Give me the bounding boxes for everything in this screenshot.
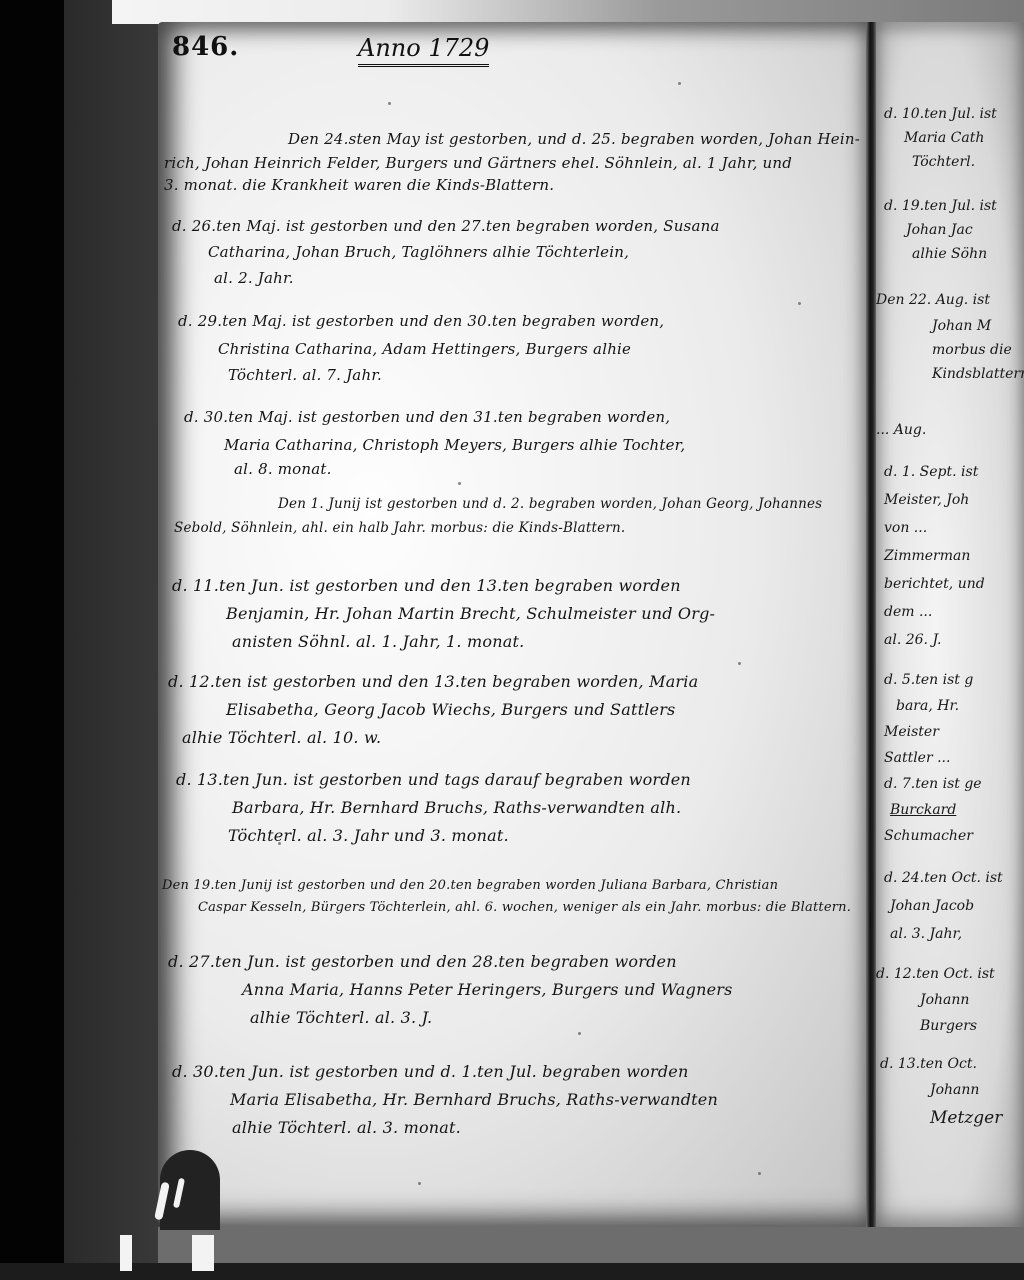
adjacent-line: Burgers bbox=[920, 1018, 977, 1034]
entry-line: d. 27.ten Jun. ist gestorben und den 28.… bbox=[168, 952, 677, 971]
adjacent-line: d. 10.ten Jul. ist bbox=[884, 106, 997, 122]
paper-speck bbox=[678, 82, 681, 85]
entry-line: al. 8. monat. bbox=[234, 460, 332, 478]
page-title: Anno 1729 bbox=[358, 34, 489, 62]
adjacent-line: Meister, Joh bbox=[884, 492, 969, 508]
paper-speck bbox=[758, 1172, 761, 1175]
entry-line: rich, Johan Heinrich Felder, Burgers und… bbox=[164, 154, 792, 172]
adjacent-line: Töchterl. bbox=[912, 154, 975, 170]
entry-line: Christina Catharina, Adam Hettingers, Bu… bbox=[218, 340, 631, 358]
year-heading: Anno 1729 bbox=[358, 34, 489, 67]
entry-line: d. 11.ten Jun. ist gestorben und den 13.… bbox=[172, 576, 681, 595]
adjacent-line: d. 5.ten ist g bbox=[884, 672, 973, 688]
adjacent-line: d. 7.ten ist ge bbox=[884, 776, 982, 792]
adjacent-line: berichtet, und bbox=[884, 576, 985, 592]
adjacent-line: al. 26. J. bbox=[884, 632, 941, 648]
adjacent-line: Johan Jacob bbox=[890, 898, 974, 914]
film-top-strip bbox=[112, 0, 1024, 24]
adjacent-line: Johann bbox=[930, 1082, 979, 1098]
entry-line: d. 30.ten Jun. ist gestorben und d. 1.te… bbox=[172, 1062, 688, 1081]
film-mark bbox=[192, 1235, 214, 1271]
adjacent-line: Metzger bbox=[930, 1108, 1002, 1128]
adjacent-line: Burckard bbox=[890, 802, 956, 818]
film-bottom-band bbox=[158, 1227, 1024, 1263]
entry-line: Anna Maria, Hanns Peter Heringers, Burge… bbox=[242, 980, 733, 999]
film-border-shadow bbox=[64, 0, 164, 1280]
entry-line: anisten Söhnl. al. 1. Jahr, 1. monat. bbox=[232, 632, 524, 651]
page-number: 846. bbox=[172, 32, 239, 62]
entry-line: Töchterl. al. 7. Jahr. bbox=[228, 366, 382, 384]
paper-speck bbox=[798, 302, 801, 305]
entry-line: Sebold, Söhnlein, ahl. ein halb Jahr. mo… bbox=[174, 520, 625, 536]
paper-speck bbox=[388, 102, 391, 105]
entry-line: d. 30.ten Maj. ist gestorben und den 31.… bbox=[184, 408, 670, 426]
adjacent-line: bara, Hr. bbox=[896, 698, 959, 714]
entry-line: Barbara, Hr. Bernhard Bruchs, Raths-verw… bbox=[232, 798, 681, 817]
entry-line: Den 24.sten May ist gestorben, und d. 25… bbox=[288, 130, 860, 148]
adjacent-line: Zimmerman bbox=[884, 548, 970, 564]
adjacent-line: Schumacher bbox=[884, 828, 973, 844]
register-page-adjacent: d. 10.ten Jul. ist Maria Cath Töchterl. … bbox=[876, 22, 1024, 1234]
adjacent-line: al. 3. Jahr, bbox=[890, 926, 962, 942]
adjacent-line: von ... bbox=[884, 520, 927, 536]
paper-speck bbox=[278, 842, 281, 845]
entry-line: Den 1. Junij ist gestorben und d. 2. beg… bbox=[278, 496, 822, 512]
entry-line: 3. monat. die Krankheit waren die Kinds-… bbox=[164, 176, 554, 194]
page-corner-shadow bbox=[160, 1150, 220, 1230]
adjacent-line: Maria Cath bbox=[904, 130, 984, 146]
entry-line: Töchterl. al. 3. Jahr und 3. monat. bbox=[228, 826, 509, 845]
entry-line: Benjamin, Hr. Johan Martin Brecht, Schul… bbox=[226, 604, 715, 623]
paper-speck bbox=[578, 1032, 581, 1035]
adjacent-line: Johan Jac bbox=[906, 222, 973, 238]
adjacent-line: Sattler ... bbox=[884, 750, 950, 766]
entry-line: alhie Töchterl. al. 3. J. bbox=[250, 1008, 432, 1027]
book-gutter bbox=[866, 22, 876, 1232]
adjacent-line: Meister bbox=[884, 724, 939, 740]
adjacent-line: d. 12.ten Oct. ist bbox=[876, 966, 995, 982]
paper-speck bbox=[738, 662, 741, 665]
film-border-left bbox=[0, 0, 64, 1280]
register-page-main: 846. Anno 1729 Den 24.sten May ist gesto… bbox=[158, 22, 866, 1227]
adjacent-line: dem ... bbox=[884, 604, 932, 620]
film-mark bbox=[120, 1235, 132, 1271]
paper-speck bbox=[418, 1182, 421, 1185]
adjacent-line: ... Aug. bbox=[876, 422, 926, 438]
entry-line: d. 13.ten Jun. ist gestorben und tags da… bbox=[176, 770, 691, 789]
entry-line: Elisabetha, Georg Jacob Wiechs, Burgers … bbox=[226, 700, 675, 719]
adjacent-line: morbus die bbox=[932, 342, 1012, 358]
adjacent-line: Den 22. Aug. ist bbox=[876, 292, 990, 308]
adjacent-line: d. 13.ten Oct. bbox=[880, 1056, 977, 1072]
entry-line: Caspar Kesseln, Bürgers Töchterlein, ahl… bbox=[198, 900, 851, 915]
entry-line: d. 29.ten Maj. ist gestorben und den 30.… bbox=[178, 312, 664, 330]
adjacent-line: Johann bbox=[920, 992, 969, 1008]
paper-speck bbox=[458, 482, 461, 485]
entry-line: Den 19.ten Junij ist gestorben und den 2… bbox=[162, 878, 778, 893]
entry-line: Catharina, Johan Bruch, Taglöhners alhie… bbox=[208, 243, 629, 261]
entry-line: d. 12.ten ist gestorben und den 13.ten b… bbox=[168, 672, 698, 691]
entry-line: alhie Töchterl. al. 10. w. bbox=[182, 728, 381, 747]
adjacent-line: Johan M bbox=[932, 318, 991, 334]
adjacent-line: d. 24.ten Oct. ist bbox=[884, 870, 1003, 886]
entry-line: Maria Elisabetha, Hr. Bernhard Bruchs, R… bbox=[230, 1090, 718, 1109]
adjacent-line: d. 1. Sept. ist bbox=[884, 464, 978, 480]
adjacent-line: d. 19.ten Jul. ist bbox=[884, 198, 997, 214]
entry-line: Maria Catharina, Christoph Meyers, Burge… bbox=[224, 436, 685, 454]
entry-line: d. 26.ten Maj. ist gestorben und den 27.… bbox=[172, 217, 720, 235]
entry-line: al. 2. Jahr. bbox=[214, 269, 294, 287]
film-bottom-edge bbox=[0, 1263, 1024, 1280]
adjacent-line: alhie Söhn bbox=[912, 246, 987, 262]
entry-line: alhie Töchterl. al. 3. monat. bbox=[232, 1118, 461, 1137]
adjacent-line: Kindsblattern bbox=[932, 366, 1024, 382]
paper-speck bbox=[218, 162, 221, 165]
